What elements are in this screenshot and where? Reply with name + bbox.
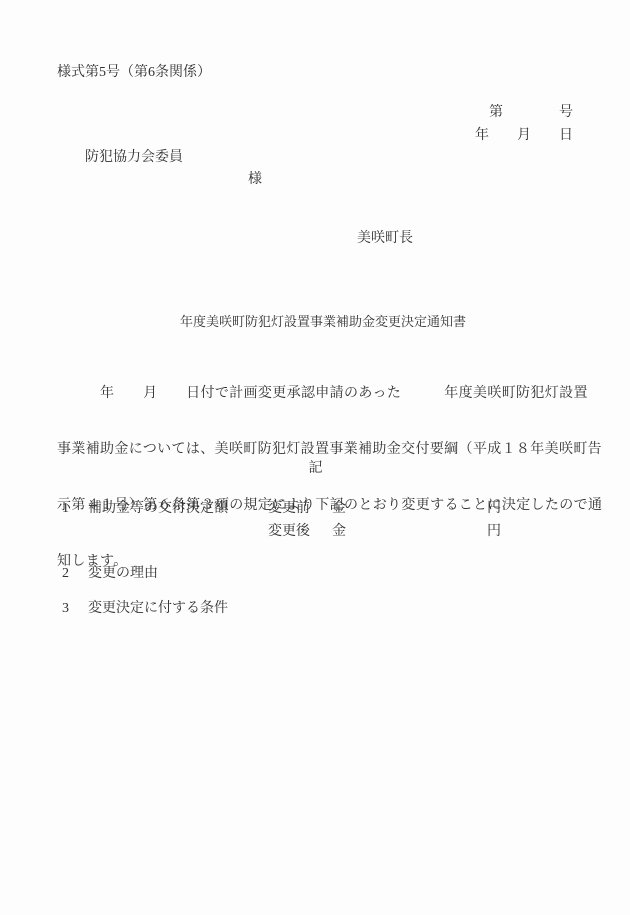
before-change-label: 変更前 — [268, 501, 310, 517]
item-3-label: 変更決定に付する条件 — [88, 601, 228, 617]
item-subsidy-amount-row-before: 1 補助金等の交付決定額 変更前 金 円 — [0, 501, 630, 521]
form-number-label: 様式第5号（第6条関係） — [57, 65, 211, 81]
paragraph-line-2: 事業補助金については、美咲町防犯灯設置事業補助金交付要綱（平成１８年美咲町告 — [57, 438, 577, 462]
yen-unit-label-after: 円 — [487, 524, 501, 540]
item-1-number: 1 — [62, 501, 69, 517]
recipient-name: 防犯協力会委員 — [85, 150, 183, 166]
paragraph-line-1: 年 月 日付で計画変更承認申請のあった 年度美咲町防犯灯設置 — [57, 382, 577, 406]
item-2-label: 変更の理由 — [88, 566, 158, 582]
document-number-line: 第 号 — [489, 105, 573, 121]
honorific-sama: 様 — [248, 172, 262, 188]
yen-unit-label-before: 円 — [487, 501, 501, 517]
currency-kin-label-before: 金 — [332, 501, 346, 517]
item-2-number: 2 — [62, 566, 69, 582]
date-line: 年 月 日 — [475, 128, 573, 144]
document-page: 様式第5号（第6条関係） 第 号 年 月 日 防犯協力会委員 様 美咲町長 年度… — [0, 0, 630, 915]
currency-kin-label-after: 金 — [332, 524, 346, 540]
item-change-conditions: 3 変更決定に付する条件 — [0, 601, 630, 621]
record-heading: 記 — [57, 461, 574, 477]
after-change-label: 変更後 — [268, 524, 310, 540]
item-change-reason: 2 変更の理由 — [0, 566, 630, 586]
item-1-label: 補助金等の交付決定額 — [88, 501, 228, 517]
sender-mayor-title: 美咲町長 — [357, 231, 413, 247]
document-title: 年度美咲町防犯灯設置事業補助金変更決定通知書 — [180, 314, 466, 330]
item-subsidy-amount-row-after: 変更後 金 円 — [0, 524, 630, 544]
item-3-number: 3 — [62, 601, 69, 617]
